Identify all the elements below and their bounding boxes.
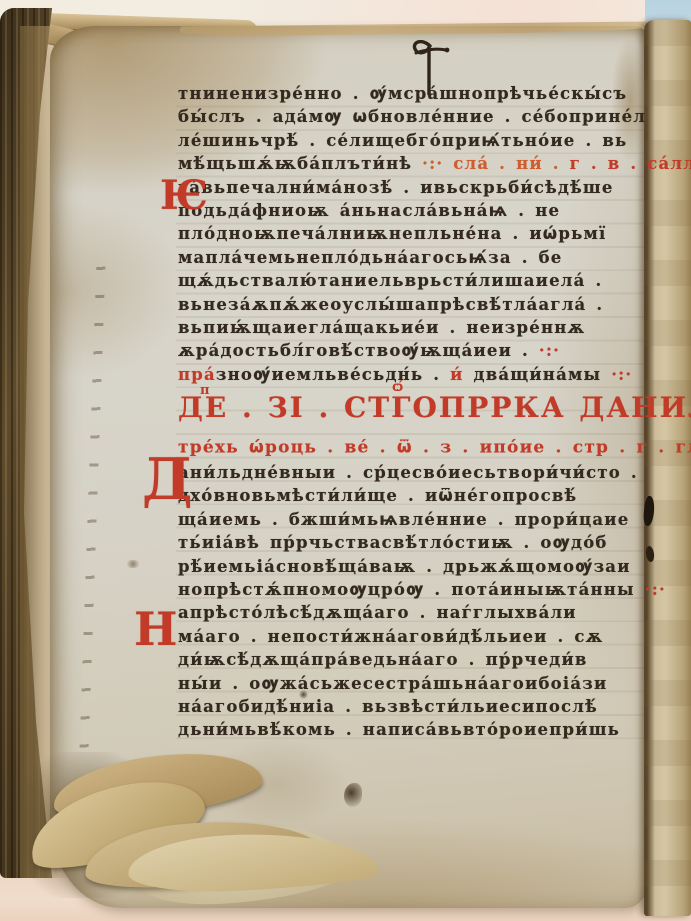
ink-stain bbox=[126, 560, 140, 568]
text-segment: апрѣсто́лѣсѣ́дѫща́аго . наѓглыхва́ли bbox=[178, 603, 577, 622]
text-line: ди́ѭсѣ́дѫща́пра́ведьна́аго . пр́рчеди́в bbox=[178, 648, 650, 671]
text-line: нопрѣстѫ́пномоѹцро́ѹ . пота́иныѭта́нны ·… bbox=[178, 578, 650, 601]
text-segment: ны́и . оѹжа́сьжесестра́шьна́агоибоіа́зи bbox=[178, 674, 607, 693]
rubric-heading-small: тре́хь ѡ́роць . ве́ . ѿ . з . ипо́ие . с… bbox=[178, 430, 650, 461]
text-line: га́вьпечални́ма́нозѣ́ . ивьскрьби́сѣдѣ́ш… bbox=[178, 176, 650, 199]
text-line: пло́дноѭпеча́лниѭнепльне́на . иѡ́рьмї bbox=[178, 222, 650, 245]
text-line: ть́иіа́вѣ пр́рчьствасвѣ́тло́стиѭ . оѹдо́… bbox=[178, 531, 650, 554]
text-line: ща́иемь . бжши́мьѩвле́нние . прори́цаие bbox=[178, 508, 650, 531]
text-segment: г . в . са́ллогїа́ bbox=[570, 154, 691, 173]
text-line: рѣ́иемьіа́сновѣ́ща́ваѭ . дрьжѫ́щомоѹ́заи bbox=[178, 555, 650, 578]
ink-stain bbox=[344, 783, 362, 807]
text-segment: щѫ́дьствалю́таниельврьсти́лишаиела́ . bbox=[178, 271, 602, 290]
text-line: ДЕ . ЗІ . СТГОПРРКА ДАНИЛА . И bbox=[178, 386, 650, 430]
text-segment: на́агобидѣ́ниіа . вьзвѣсти́льиесипослѣ́ bbox=[178, 697, 598, 716]
rubric-heading-large: ДЕ . ЗІ . СТГОПРРКА ДАНИЛА . И bbox=[178, 386, 650, 430]
text-segment: га́вьпечални́ма́нозѣ́ . ивьскрьби́сѣдѣ́ш… bbox=[178, 178, 614, 197]
text-line: на́агобидѣ́ниіа . вьзвѣсти́льиесипослѣ́ bbox=[178, 695, 650, 718]
text-segment: ть́иіа́вѣ пр́рчьствасвѣ́тло́стиѭ . оѹдо́… bbox=[178, 533, 608, 552]
text-line: бы́слъ . ада́мѹ ѡбновле́нние . се́боприн… bbox=[178, 105, 650, 128]
text-segment: ·:· bbox=[611, 365, 632, 384]
text-line: ма́аго . непости́жна́агови́дѣ́льиеи . сѫ bbox=[178, 625, 650, 648]
text-segment: ща́иемь . бжши́мьѩвле́нние . прори́цаие bbox=[178, 510, 629, 529]
text-line: дхо́вновьмѣсти́ли́ще . иѿне́гопросвѣ́ bbox=[178, 484, 650, 507]
upper-text-block: тниненизре́нно . ѹ́мсра́шнопрѣчье́скы́съ… bbox=[178, 82, 650, 386]
text-segment: ма́аго . непости́жна́агови́дѣ́льиеи . сѫ bbox=[178, 627, 604, 646]
marginal-initial-de: Д bbox=[142, 446, 193, 513]
lower-text-block: ани́льдне́вныи . ср́цесво́иесьтвори́чи́с… bbox=[178, 461, 650, 742]
text-segment: бы́слъ . ада́мѹ ѡбновле́нние . се́боприн… bbox=[178, 107, 646, 126]
text-line: вьпиѭ́щаиегла́щакьие́и . неизре́ннѫ bbox=[178, 316, 650, 339]
text-line: тре́хь ѡ́роць . ве́ . ѿ . з . ипо́ие . с… bbox=[178, 430, 650, 461]
interlinear-red-mark: ѻ́ bbox=[392, 380, 403, 395]
text-segment: дхо́вновьмѣсти́ли́ще . иѿне́гопросвѣ́ bbox=[178, 486, 577, 505]
text-segment: пло́дноѭпеча́лниѭнепльне́на . иѡ́рьмї bbox=[178, 224, 606, 243]
text-line: ле́шиньчрѣ́ . се́лищебго́приѩ́тьно́ие . … bbox=[178, 129, 650, 152]
text-segment: нопрѣстѫ́пномоѹцро́ѹ . пота́иныѭта́нны bbox=[178, 580, 645, 599]
text-segment: ·:· bbox=[645, 580, 666, 599]
marginal-initial-ie: Ѥ bbox=[160, 172, 208, 219]
text-segment: ·:· bbox=[529, 341, 560, 360]
text-line: апрѣсто́лѣсѣ́дѫща́аго . наѓглыхва́ли bbox=[178, 601, 650, 624]
text-segment: два́щи́на́мы bbox=[474, 365, 612, 384]
text-line: мѣ́щьшѫ́ѭба́плъти́нѣ ·:· сла́ . ни́ . г … bbox=[178, 152, 650, 175]
text-line: подьда́фниоѭ а́ньнасла́вьна́ѩ . не bbox=[178, 199, 650, 222]
text-column: тниненизре́нно . ѹ́мсра́шнопрѣчье́скы́съ… bbox=[178, 82, 650, 742]
text-segment: мѣ́щьшѫ́ѭба́плъти́нѣ bbox=[178, 154, 422, 173]
text-line: ѫра́достьбл́говѣ́ствоѹ́ѭща́иеи . ·:· bbox=[178, 339, 650, 362]
text-line: мапла́чемьнепло́дьна́агосьѩ́за . бе bbox=[178, 246, 650, 269]
marginal-initial-en: Н bbox=[134, 602, 177, 656]
text-segment: ле́шиньчрѣ́ . се́лищебго́приѩ́тьно́ие . … bbox=[178, 131, 627, 150]
text-segment: вьнеза́ѫпѫ́жеоуслы́шапрѣсвѣ́тла́агла́ . bbox=[178, 295, 603, 314]
text-segment: рѣ́иемьіа́сновѣ́ща́ваѭ . дрьжѫ́щомоѹ́заи bbox=[178, 557, 631, 576]
text-segment: пра́ bbox=[178, 365, 216, 384]
text-segment: ани́льдне́вныи . ср́цесво́иесьтвори́чи́с… bbox=[178, 463, 638, 482]
text-segment: дьни́мьвѣ́комь . написа́вьвто́роиепри́шь bbox=[178, 720, 620, 739]
text-segment: ·:· сла́ . ни́ . bbox=[422, 154, 569, 173]
text-segment: тре́хь ѡ́роць . ве́ . ѿ . з . ипо́ие . с… bbox=[178, 438, 691, 458]
text-line: дьни́мьвѣ́комь . написа́вьвто́роиепри́шь bbox=[178, 718, 650, 741]
text-line: тниненизре́нно . ѹ́мсра́шнопрѣчье́скы́съ bbox=[178, 82, 650, 105]
text-line: пра́зноѹ́иемльве́сьдн́ь . и́ два́щи́на́м… bbox=[178, 363, 650, 386]
text-segment: ѫра́достьбл́говѣ́ствоѹ́ѭща́иеи . bbox=[178, 341, 529, 360]
text-segment: и́ bbox=[450, 365, 473, 384]
text-segment: подьда́фниоѭ а́ньнасла́вьна́ѩ . не bbox=[178, 201, 560, 220]
text-line: ани́льдне́вныи . ср́цесво́иесьтвори́чи́с… bbox=[178, 461, 650, 484]
text-segment: тниненизре́нно . ѹ́мсра́шнопрѣчье́скы́съ bbox=[178, 84, 627, 103]
manuscript-photo: тниненизре́нно . ѹ́мсра́шнопрѣчье́скы́съ… bbox=[0, 0, 691, 921]
text-line: щѫ́дьствалю́таниельврьсти́лишаиела́ . bbox=[178, 269, 650, 292]
text-segment: ДЕ . ЗІ . СТГОПРРКА ДАНИЛА . И bbox=[178, 391, 691, 424]
text-line: вьнеза́ѫпѫ́жеоуслы́шапрѣсвѣ́тла́агла́ . bbox=[178, 293, 650, 316]
interlinear-red-mark: п bbox=[200, 383, 210, 398]
text-line: ны́и . оѹжа́сьжесестра́шьна́агоибоіа́зи bbox=[178, 672, 650, 695]
text-segment: мапла́чемьнепло́дьна́агосьѩ́за . бе bbox=[178, 248, 563, 267]
text-segment: зноѹ́иемльве́сьдн́ь . bbox=[216, 365, 450, 384]
text-segment: ди́ѭсѣ́дѫща́пра́ведьна́аго . пр́рчеди́в bbox=[178, 650, 588, 669]
text-segment: вьпиѭ́щаиегла́щакьие́и . неизре́ннѫ bbox=[178, 318, 585, 337]
